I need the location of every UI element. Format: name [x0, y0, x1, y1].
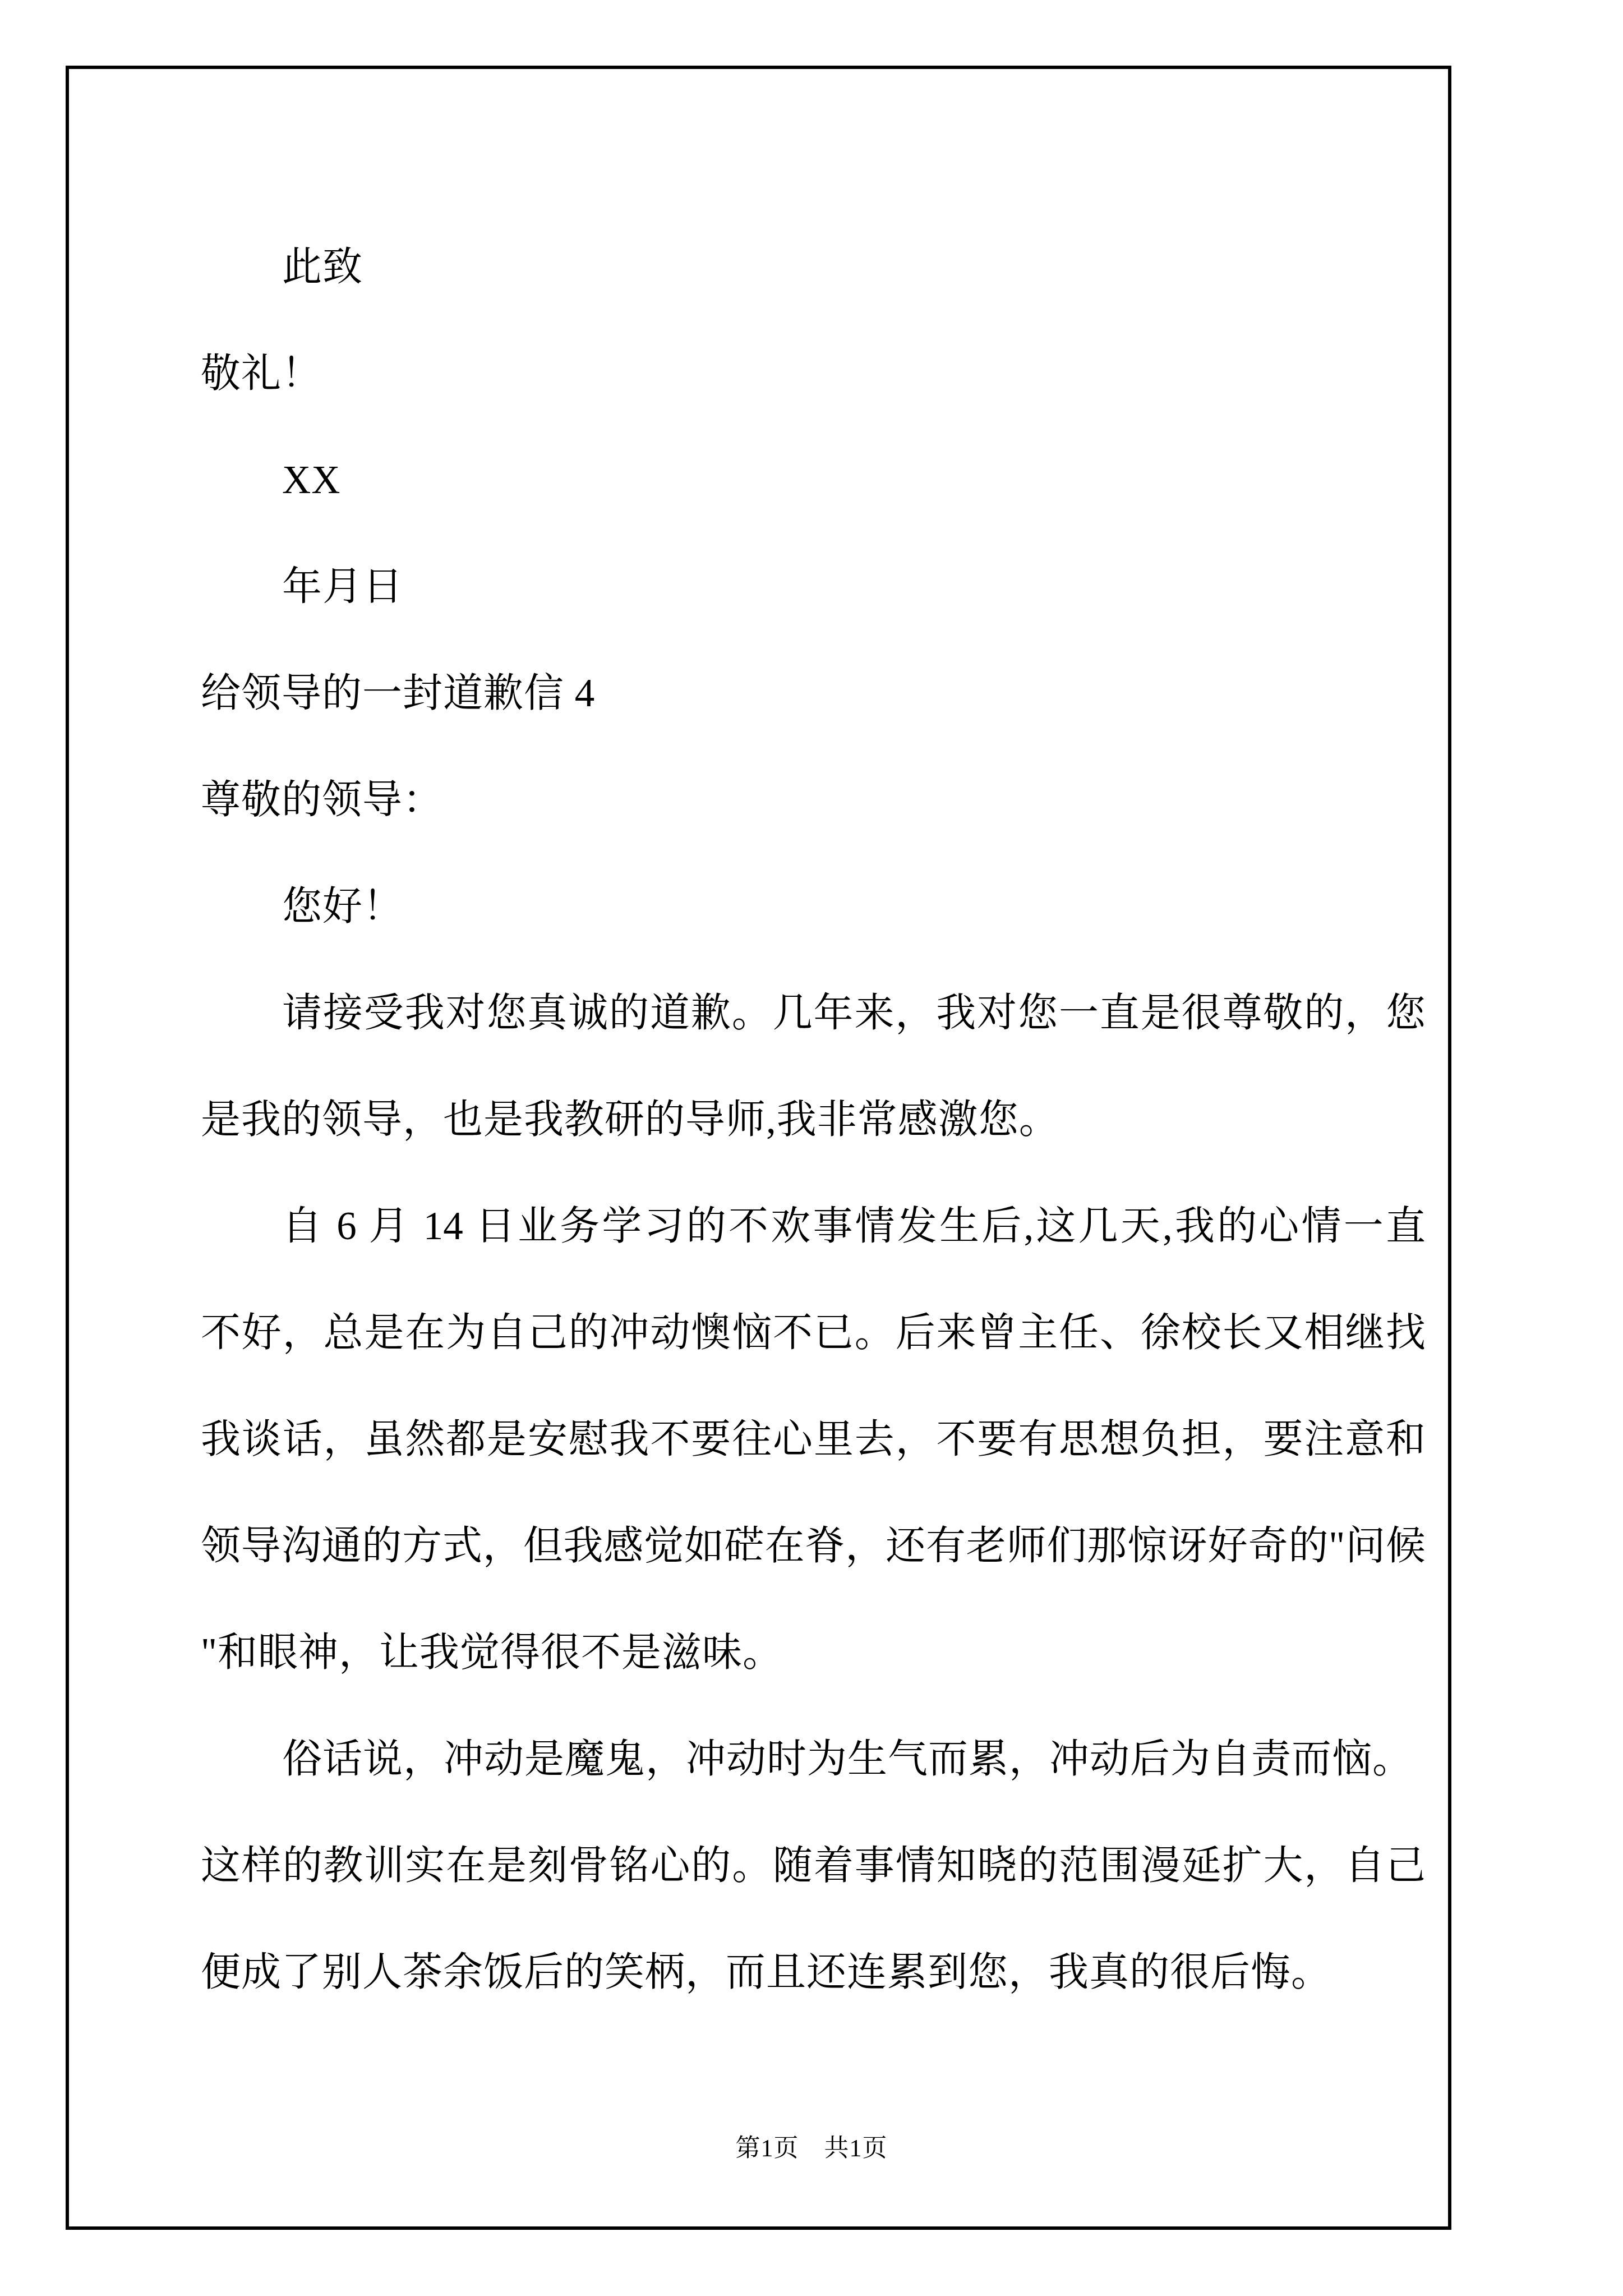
document-line: 不好，总是在为自己的冲动懊恼不已。后来曾主任、徐校长又相继找: [201, 1307, 1426, 1359]
document-line: 给领导的一封道歉信 4: [201, 668, 595, 719]
page-footer: 第1页 共1页: [0, 2128, 1623, 2164]
document-line: 年月日: [282, 561, 403, 613]
document-line: "和眼神，让我觉得很不是滋味。: [201, 1627, 783, 1678]
document-line: 敬礼！: [201, 348, 322, 399]
document-line: XX: [282, 454, 341, 506]
document-line: 俗话说，冲动是魔鬼，冲动时为生气而累，冲动后为自责而恼。: [282, 1733, 1413, 1785]
document-line: 我谈话，虽然都是安慰我不要往心里去，不要有思想负担，要注意和: [201, 1414, 1426, 1465]
document-line: 尊敬的领导：: [201, 774, 443, 826]
document-line: 这样的教训实在是刻骨铭心的。随着事情知晓的范围漫延扩大，自己: [201, 1840, 1426, 1892]
document-line: 领导沟通的方式，但我感觉如硭在脊，还有老师们那惊讶好奇的"问候: [201, 1520, 1426, 1572]
document-line: 您好！: [282, 881, 403, 932]
document-line: 请接受我对您真诚的道歉。几年来，我对您一直是很尊敬的，您: [282, 987, 1426, 1039]
document-line: 便成了别人茶余饭后的笑柄，而且还连累到您，我真的很后悔。: [201, 1947, 1331, 1998]
document-line: 自 6 月 14 日业务学习的不欢事情发生后,这几天,我的心情一直: [282, 1200, 1426, 1252]
document-page: { "page": { "colors": { "background": "#…: [0, 0, 1623, 2296]
document-line: 是我的领导，也是我教研的导师,我非常感激您。: [201, 1094, 1059, 1145]
page: 此致敬礼！XX年月日给领导的一封道歉信 4尊敬的领导：您好！请接受我对您真诚的道…: [0, 0, 1623, 2296]
document-line: 此致: [282, 241, 363, 293]
